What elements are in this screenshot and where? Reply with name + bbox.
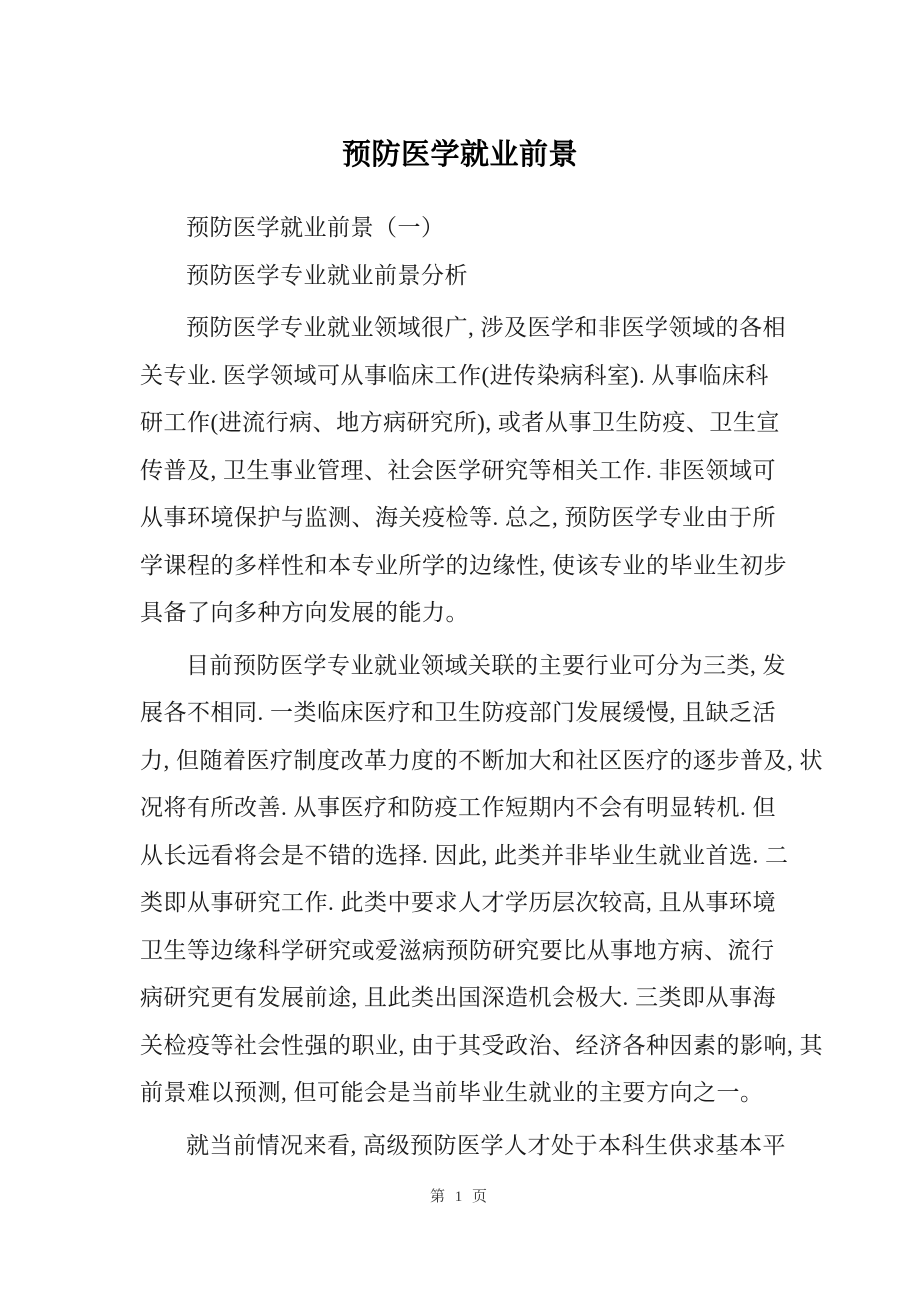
text-line: 学课程的多样性和本专业所学的边缘性, 使该专业的毕业生初步 [140,542,834,590]
text-line: 卫生等边缘科学研究或爱滋病预防研究要比从事地方病、流行 [140,927,834,975]
text-line: 传普及, 卫生事业管理、社会医学研究等相关工作. 非医领域可 [140,447,834,495]
text-line: 预防医学就业前景（一） [140,204,834,252]
text-line: 从长远看将会是不错的选择. 因此, 此类并非毕业生就业首选. 二 [140,832,834,880]
text-line: 展各不相同. 一类临床医疗和卫生防疫部门发展缓慢, 且缺乏活 [140,689,834,737]
text-line: 况将有所改善. 从事医疗和防疫工作短期内不会有明显转机. 但 [140,784,834,832]
text-line: 关专业. 医学领域可从事临床工作(进传染病科室). 从事临床科 [140,352,834,400]
text-line: 就当前情况来看, 高级预防医学人才处于本科生供求基本平 [140,1122,834,1170]
text-line: 力, 但随着医疗制度改革力度的不断加大和社区医疗的逐步普及, 状 [140,737,834,785]
document-body: 预防医学就业前景（一） 预防医学专业就业前景分析 预防医学专业就业领域很广, 涉… [0,204,920,1169]
text-line: 具备了向多种方向发展的能力。 [140,589,834,637]
text-line: 病研究更有发展前途, 且此类出国深造机会极大. 三类即从事海 [140,974,834,1022]
text-line: 目前预防医学专业就业领域关联的主要行业可分为三类, 发 [140,642,834,690]
text-line: 研工作(进流行病、地方病研究所), 或者从事卫生防疫、卫生宣 [140,399,834,447]
text-line: 预防医学专业就业前景分析 [140,252,834,300]
text-line: 关检疫等社会性强的职业, 由于其受政治、经济各种因素的影响, 其 [140,1022,834,1070]
text-line: 从事环境保护与监测、海关疫检等. 总之, 预防医学专业由于所 [140,494,834,542]
text-line: 前景难以预测, 但可能会是当前毕业生就业的主要方向之一。 [140,1069,834,1117]
document-page: 预防医学就业前景 预防医学就业前景（一） 预防医学专业就业前景分析 预防医学专业… [0,0,920,1302]
page-footer: 第 1 页 [0,1187,920,1207]
document-title: 预防医学就业前景 [0,0,920,170]
text-line: 类即从事研究工作. 此类中要求人才学历层次较高, 且从事环境 [140,879,834,927]
page-number-label: 第 1 页 [430,1189,490,1205]
text-line: 预防医学专业就业领域很广, 涉及医学和非医学领域的各相 [140,304,834,352]
